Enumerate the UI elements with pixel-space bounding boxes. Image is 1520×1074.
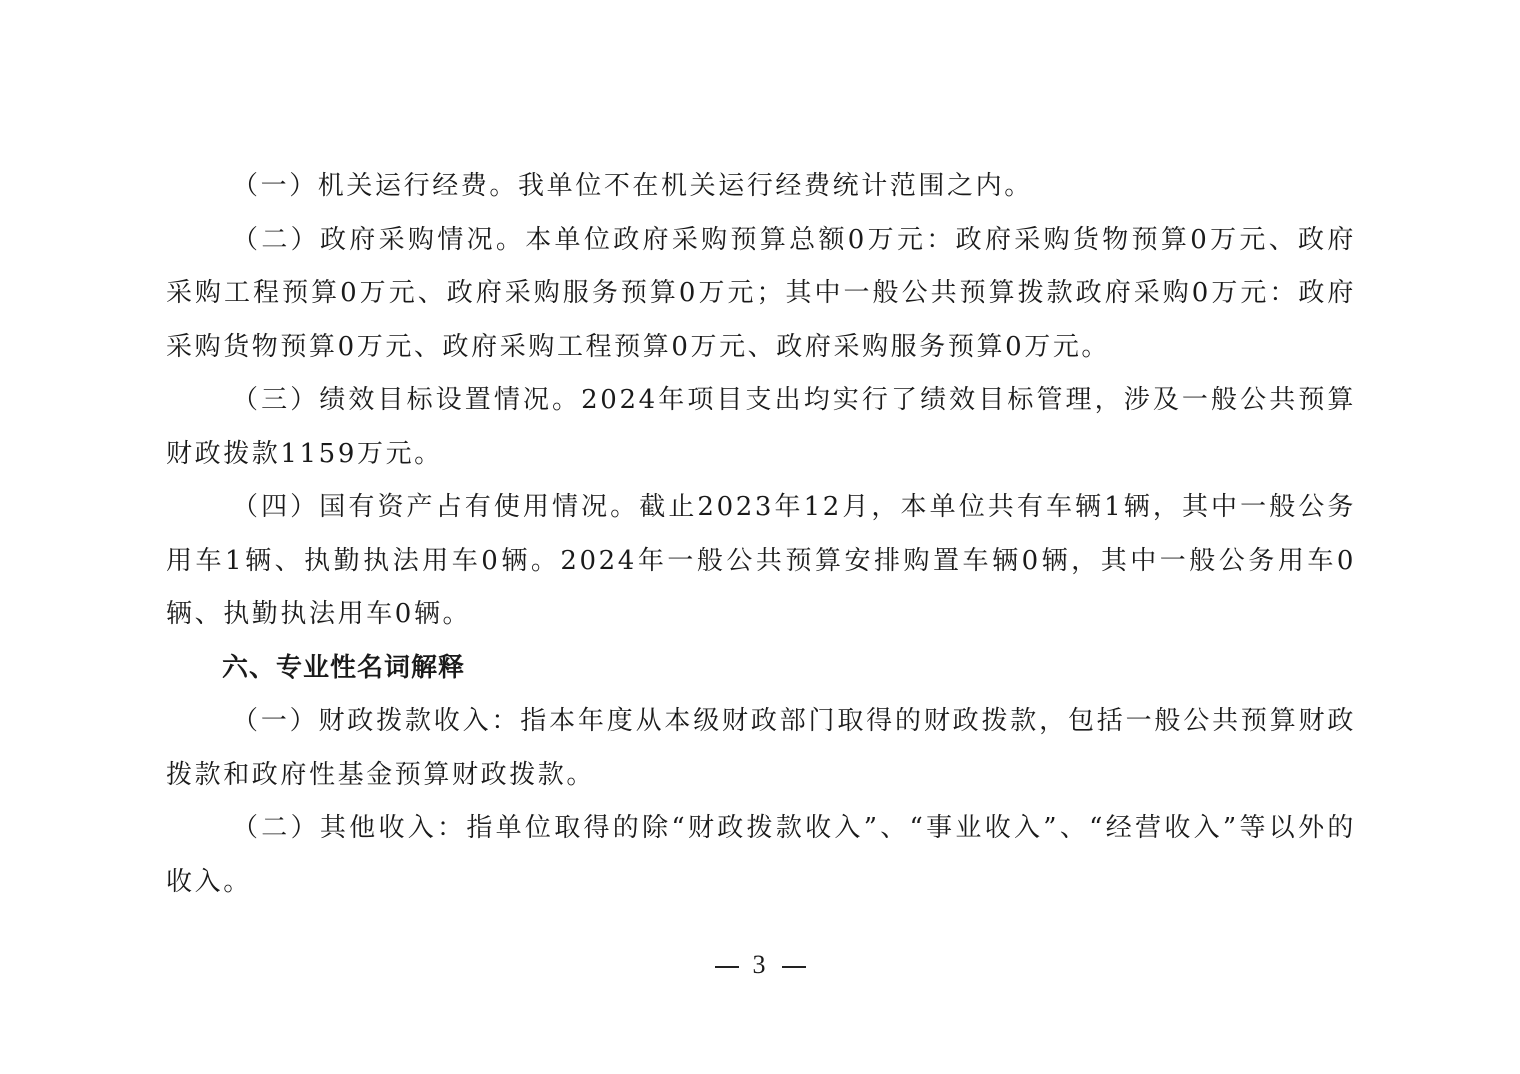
definition-fiscal-appropriation-income: （一）财政拨款收入：指本年度从本级财政部门取得的财政拨款，包括一般公共预算财政拨… bbox=[166, 695, 1356, 802]
dash-left-decoration bbox=[715, 966, 739, 968]
paragraph-performance-targets: （三）绩效目标设置情况。2024年项目支出均实行了绩效目标管理，涉及一般公共预算… bbox=[166, 374, 1356, 481]
paragraph-government-procurement: （二）政府采购情况。本单位政府采购预算总额0万元：政府采购货物预算0万元、政府采… bbox=[166, 214, 1356, 375]
paragraph-lead: （一）机关运行经费。 bbox=[232, 171, 518, 201]
definition-term: （二）其他收入： bbox=[232, 813, 466, 843]
definition-other-income: （二）其他收入：指单位取得的除“财政拨款收入”、“事业收入”、“经营收入”等以外… bbox=[166, 802, 1356, 909]
paragraph-lead: （四）国有资产占有使用情况。 bbox=[232, 492, 639, 522]
paragraph-lead: （三）绩效目标设置情况。 bbox=[232, 385, 581, 415]
page-footer: 3 bbox=[0, 950, 1520, 980]
section-heading-glossary: 六、专业性名词解释 bbox=[166, 642, 1356, 696]
paragraph-operating-expenses: （一）机关运行经费。我单位不在机关运行经费统计范围之内。 bbox=[166, 160, 1356, 214]
document-page: （一）机关运行经费。我单位不在机关运行经费统计范围之内。 （二）政府采购情况。本… bbox=[166, 160, 1356, 909]
definition-term: （一）财政拨款收入： bbox=[232, 706, 520, 736]
page-number: 3 bbox=[753, 950, 768, 979]
paragraph-state-assets: （四）国有资产占有使用情况。截止2023年12月，本单位共有车辆1辆，其中一般公… bbox=[166, 481, 1356, 642]
paragraph-lead: （二）政府采购情况。 bbox=[232, 225, 525, 255]
dash-right-decoration bbox=[782, 966, 806, 968]
paragraph-body: 我单位不在机关运行经费统计范围之内。 bbox=[518, 171, 1033, 201]
